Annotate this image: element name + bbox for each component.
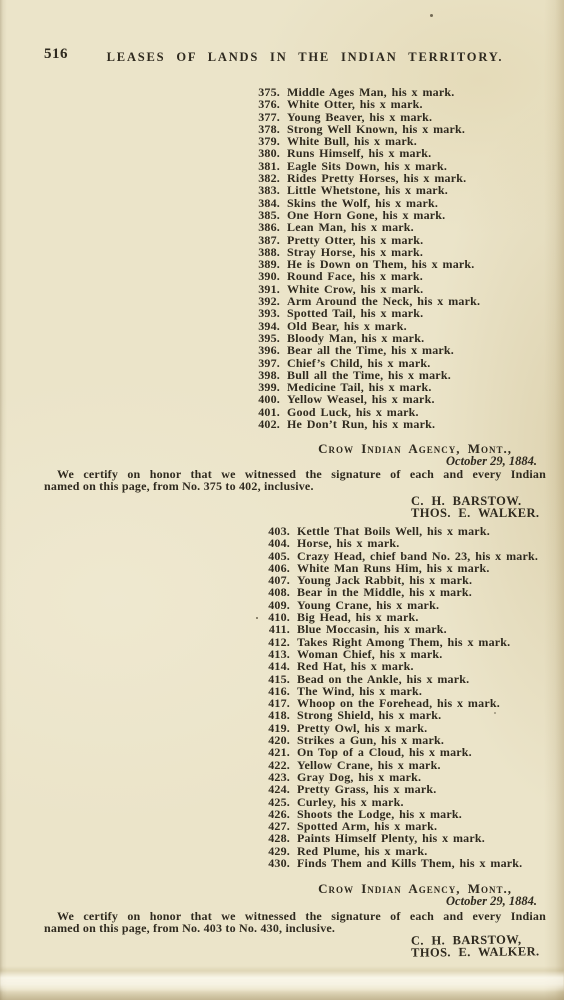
entry-text: Strong Shield, his x mark. [297, 709, 441, 721]
entry-text: Curley, his x mark. [297, 796, 404, 808]
list-entry: 390.Round Face, his x mark. [250, 270, 480, 282]
list-entry: 383.Little Whetstone, his x mark. [250, 184, 480, 196]
entry-text: Lean Man, his x mark. [287, 221, 414, 233]
entry-number: 383. [250, 184, 280, 196]
entry-text: Runs Himself, his x mark. [287, 147, 431, 159]
entry-number: 428. [260, 832, 290, 844]
entry-number: 393. [250, 307, 280, 319]
entry-number: 415. [260, 673, 290, 685]
entry-text: White Otter, his x mark. [287, 98, 423, 110]
entry-number: 397. [250, 357, 280, 369]
list-entry: 414.Red Hat, his x mark. [260, 660, 538, 672]
ink-speck [494, 712, 496, 714]
entry-text: Red Hat, his x mark. [297, 660, 414, 672]
certification-paragraph-2: We certify on honor that we witnessed th… [44, 910, 546, 935]
entry-text: Horse, his x mark. [297, 537, 399, 549]
list-entry: 411.Blue Moccasin, his x mark. [260, 623, 538, 635]
list-entry: 408.Bear in the Middle, his x mark. [260, 586, 538, 598]
entry-number: 414. [260, 660, 290, 672]
entry-number: 402. [250, 418, 280, 430]
page-edge-shadow [0, 990, 564, 1000]
ink-speck [430, 14, 433, 17]
entry-text: He Don’t Run, his x mark. [287, 418, 435, 430]
list-entry: 376.White Otter, his x mark. [250, 98, 480, 110]
entry-number: 408. [260, 586, 290, 598]
date-line-2: October 29, 1884. [446, 894, 537, 909]
entry-text: Pretty Grass, his x mark. [297, 783, 436, 795]
entry-text: On Top of a Cloud, his x mark. [297, 746, 472, 758]
list-entry: 386.Lean Man, his x mark. [250, 221, 480, 233]
entry-number: 386. [250, 221, 280, 233]
entry-number: 387. [250, 234, 280, 246]
ink-speck [256, 617, 258, 619]
list-entry: 430.Finds Them and Kills Them, his x mar… [260, 857, 538, 869]
entry-text: Chief’s Child, his x mark. [287, 357, 430, 369]
running-header: LEASES OF LANDS IN THE INDIAN TERRITORY. [46, 50, 564, 65]
signature-list-403-430: 403.Kettle That Boils Well, his x mark.4… [260, 525, 538, 869]
entry-text: Yellow Weasel, his x mark. [287, 393, 435, 405]
entry-text: Bead on the Ankle, his x mark. [297, 673, 469, 685]
entry-number: 424. [260, 783, 290, 795]
entry-text: Bear in the Middle, his x mark. [297, 586, 472, 598]
entry-text: Finds Them and Kills Them, his x mark. [297, 857, 522, 869]
entry-number: 425. [260, 796, 290, 808]
list-entry: 380.Runs Himself, his x mark. [250, 147, 480, 159]
entry-number: 390. [250, 270, 280, 282]
list-entry: 428.Paints Himself Plenty, his x mark. [260, 832, 538, 844]
list-entry: 415.Bead on the Ankle, his x mark. [260, 673, 538, 685]
entry-text: Spotted Tail, his x mark. [287, 307, 423, 319]
certification-paragraph-1: We certify on honor that we witnessed th… [44, 468, 546, 493]
entry-text: Blue Moccasin, his x mark. [297, 623, 447, 635]
page-crease [0, 966, 564, 992]
list-entry: 421.On Top of a Cloud, his x mark. [260, 746, 538, 758]
list-entry: 393.Spotted Tail, his x mark. [250, 307, 480, 319]
entry-number: 430. [260, 857, 290, 869]
signature-list-375-402: 375.Middle Ages Man, his x mark.376.Whit… [250, 86, 480, 430]
list-entry: 402.He Don’t Run, his x mark. [250, 418, 480, 430]
certification-line: named on this page, from No. 375 to 402,… [44, 480, 546, 492]
entry-number: 421. [260, 746, 290, 758]
list-entry: 425.Curley, his x mark. [260, 796, 538, 808]
witness-signatures-2: C. H. BARSTOW, THOS. E. WALKER. [411, 933, 540, 959]
entry-text: Bear all the Time, his x mark. [287, 344, 454, 356]
list-entry: 418.Strong Shield, his x mark. [260, 709, 538, 721]
list-entry: 396.Bear all the Time, his x mark. [250, 344, 480, 356]
entry-number: 380. [250, 147, 280, 159]
list-entry: 387.Pretty Otter, his x mark. [250, 234, 480, 246]
entry-number: 411. [260, 623, 290, 635]
entry-number: 376. [250, 98, 280, 110]
entry-text: Round Face, his x mark. [287, 270, 423, 282]
entry-number: 400. [250, 393, 280, 405]
entry-number: 396. [250, 344, 280, 356]
list-entry: 400.Yellow Weasel, his x mark. [250, 393, 480, 405]
signer-name: THOS. E. WALKER. [411, 507, 539, 519]
entry-text: Pretty Otter, his x mark. [287, 234, 423, 246]
entry-text: Little Whetstone, his x mark. [287, 184, 448, 196]
entry-number: 418. [260, 709, 290, 721]
list-entry: 404.Horse, his x mark. [260, 537, 538, 549]
list-entry: 424.Pretty Grass, his x mark. [260, 783, 538, 795]
scanned-book-page: 516 LEASES OF LANDS IN THE INDIAN TERRIT… [0, 0, 564, 1000]
entry-text: Paints Himself Plenty, his x mark. [297, 832, 485, 844]
list-entry: 397.Chief’s Child, his x mark. [250, 357, 480, 369]
entry-number: 404. [260, 537, 290, 549]
signer-name: THOS. E. WALKER. [411, 946, 540, 960]
witness-signatures-1: C. H. BARSTOW. THOS. E. WALKER. [411, 495, 539, 520]
